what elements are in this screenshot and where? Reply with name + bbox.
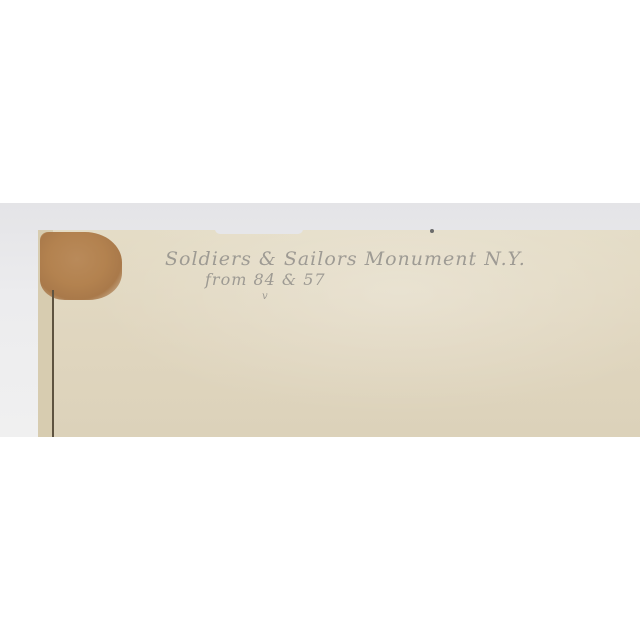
margin-line <box>52 290 54 437</box>
inscription-line-2: from 84 & 57 <box>205 270 326 289</box>
paper-edge-notch <box>215 229 303 234</box>
paper-edge-nick <box>430 229 434 233</box>
white-background <box>0 437 640 640</box>
inscription-mark: v <box>262 291 269 302</box>
inscription-line-1: Soldiers & Sailors Monument N.Y. <box>165 248 526 270</box>
